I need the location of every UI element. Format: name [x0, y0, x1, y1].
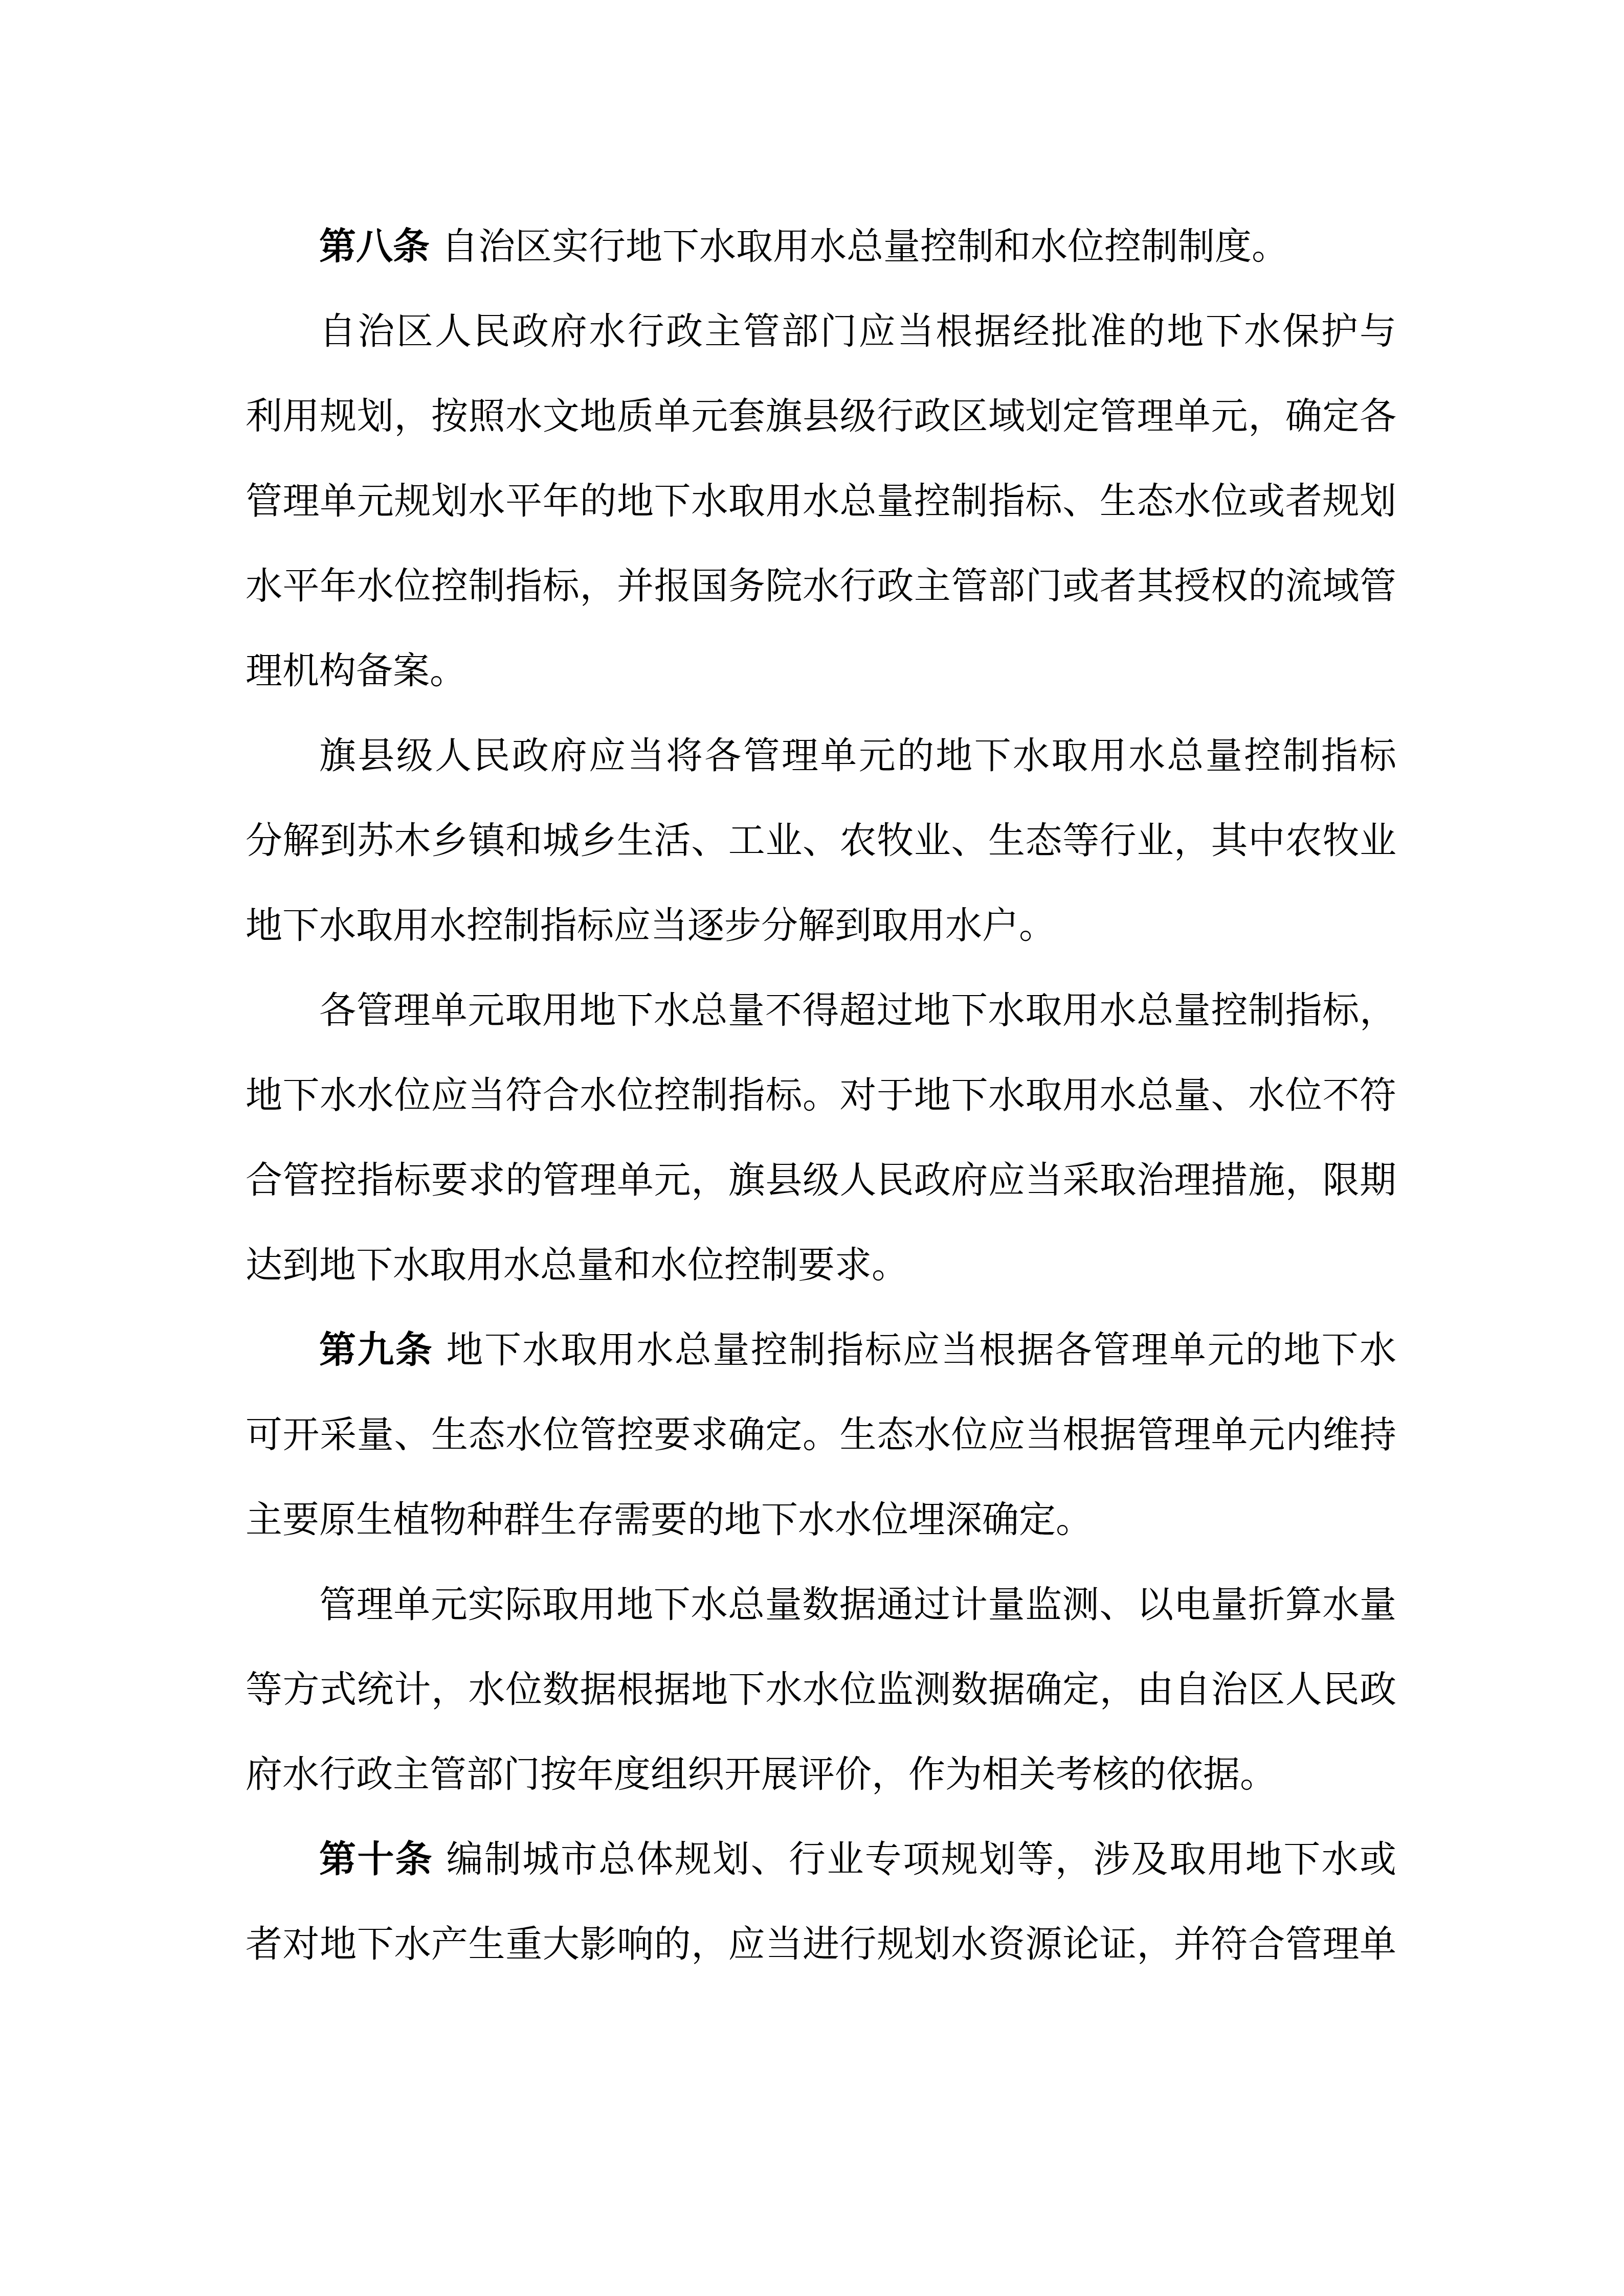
document-page: 第八条 自治区实行地下水取用水总量控制和水位控制制度。自治区人民政府水行政主管部…: [0, 0, 1624, 2296]
text-line: 自治区人民政府水行政主管部门应当根据经批准的地下水保护与: [246, 288, 1396, 373]
text-line: 管理单元规划水平年的地下水取用水总量控制指标、生态水位或者规划: [246, 458, 1396, 543]
paragraph-article-9: 第九条 地下水取用水总量控制指标应当根据各管理单元的地下水可开采量、生态水位管控…: [246, 1307, 1396, 1562]
text-line: 第八条 自治区实行地下水取用水总量控制和水位控制制度。: [246, 204, 1396, 288]
line-text: 地下水取用水总量控制指标应当根据各管理单元的地下水: [433, 1328, 1396, 1371]
line-text: 各管理单元取用地下水总量不得超过地下水取用水总量控制指标，: [319, 988, 1396, 1031]
text-line: 府水行政主管部门按年度组织开展评价，作为相关考核的依据。: [246, 1731, 1396, 1816]
text-line: 达到地下水取用水总量和水位控制要求。: [246, 1222, 1396, 1307]
line-text: 达到地下水取用水总量和水位控制要求。: [246, 1243, 908, 1286]
line-text: 理机构备案。: [246, 649, 466, 692]
text-line: 合管控指标要求的管理单元，旗县级人民政府应当采取治理措施，限期: [246, 1137, 1396, 1222]
text-line: 地下水取用水控制指标应当逐步分解到取用水户。: [246, 883, 1396, 967]
line-text: 管理单元实际取用地下水总量数据通过计量监测、以电量折算水量: [319, 1583, 1396, 1626]
line-text: 者对地下水产生重大影响的，应当进行规划水资源论证，并符合管理单: [246, 1922, 1396, 1965]
line-text: 主要原生植物种群生存需要的地下水水位埋深确定。: [246, 1498, 1093, 1541]
line-text: 地下水取用水控制指标应当逐步分解到取用水户。: [246, 904, 1056, 947]
article-number: 第十条: [319, 1837, 433, 1880]
line-text: 府水行政主管部门按年度组织开展评价，作为相关考核的依据。: [246, 1752, 1277, 1795]
line-text: 可开采量、生态水位管控要求确定。生态水位应当根据管理单元内维持: [246, 1413, 1396, 1456]
paragraph-article-10: 第十条 编制城市总体规划、行业专项规划等，涉及取用地下水或者对地下水产生重大影响…: [246, 1816, 1396, 1986]
text-line: 者对地下水产生重大影响的，应当进行规划水资源论证，并符合管理单: [246, 1901, 1396, 1986]
paragraph-article-8-intro: 第八条 自治区实行地下水取用水总量控制和水位控制制度。: [246, 204, 1396, 288]
text-line: 利用规划，按照水文地质单元套旗县级行政区域划定管理单元，确定各: [246, 373, 1396, 458]
text-line: 各管理单元取用地下水总量不得超过地下水取用水总量控制指标，: [246, 967, 1396, 1052]
line-text: 水平年水位控制指标，并报国务院水行政主管部门或者其授权的流域管: [246, 564, 1396, 607]
line-text: 利用规划，按照水文地质单元套旗县级行政区域划定管理单元，确定各: [246, 394, 1396, 437]
text-line: 可开采量、生态水位管控要求确定。生态水位应当根据管理单元内维持: [246, 1392, 1396, 1477]
paragraph-article-8-para-3: 旗县级人民政府应当将各管理单元的地下水取用水总量控制指标分解到苏木乡镇和城乡生活…: [246, 713, 1396, 967]
line-text: 合管控指标要求的管理单元，旗县级人民政府应当采取治理措施，限期: [246, 1158, 1396, 1201]
text-line: 等方式统计，水位数据根据地下水水位监测数据确定，由自治区人民政: [246, 1647, 1396, 1731]
paragraph-article-8-para-4: 各管理单元取用地下水总量不得超过地下水取用水总量控制指标，地下水水位应当符合水位…: [246, 967, 1396, 1307]
line-text: 自治区人民政府水行政主管部门应当根据经批准的地下水保护与: [319, 309, 1396, 352]
text-line: 旗县级人民政府应当将各管理单元的地下水取用水总量控制指标: [246, 713, 1396, 798]
line-text: 地下水水位应当符合水位控制指标。对于地下水取用水总量、水位不符: [246, 1073, 1396, 1116]
line-text: 等方式统计，水位数据根据地下水水位监测数据确定，由自治区人民政: [246, 1668, 1396, 1710]
article-number: 第九条: [319, 1328, 433, 1371]
line-text: 自治区实行地下水取用水总量控制和水位控制制度。: [430, 224, 1288, 267]
text-line: 第十条 编制城市总体规划、行业专项规划等，涉及取用地下水或: [246, 1816, 1396, 1901]
line-text: 管理单元规划水平年的地下水取用水总量控制指标、生态水位或者规划: [246, 479, 1396, 522]
text-line: 管理单元实际取用地下水总量数据通过计量监测、以电量折算水量: [246, 1562, 1396, 1647]
text-line: 分解到苏木乡镇和城乡生活、工业、农牧业、生态等行业，其中农牧业: [246, 798, 1396, 883]
text-line: 理机构备案。: [246, 628, 1396, 713]
text-line: 主要原生植物种群生存需要的地下水水位埋深确定。: [246, 1477, 1396, 1562]
article-number: 第八条: [319, 224, 430, 267]
paragraph-article-9-para-2: 管理单元实际取用地下水总量数据通过计量监测、以电量折算水量等方式统计，水位数据根…: [246, 1562, 1396, 1816]
text-line: 地下水水位应当符合水位控制指标。对于地下水取用水总量、水位不符: [246, 1052, 1396, 1137]
line-text: 编制城市总体规划、行业专项规划等，涉及取用地下水或: [433, 1837, 1396, 1880]
line-text: 旗县级人民政府应当将各管理单元的地下水取用水总量控制指标: [319, 734, 1396, 777]
text-line: 第九条 地下水取用水总量控制指标应当根据各管理单元的地下水: [246, 1307, 1396, 1392]
text-body: 第八条 自治区实行地下水取用水总量控制和水位控制制度。自治区人民政府水行政主管部…: [246, 204, 1396, 1986]
line-text: 分解到苏木乡镇和城乡生活、工业、农牧业、生态等行业，其中农牧业: [246, 819, 1396, 862]
paragraph-article-8-para-2: 自治区人民政府水行政主管部门应当根据经批准的地下水保护与利用规划，按照水文地质单…: [246, 288, 1396, 713]
text-line: 水平年水位控制指标，并报国务院水行政主管部门或者其授权的流域管: [246, 543, 1396, 628]
